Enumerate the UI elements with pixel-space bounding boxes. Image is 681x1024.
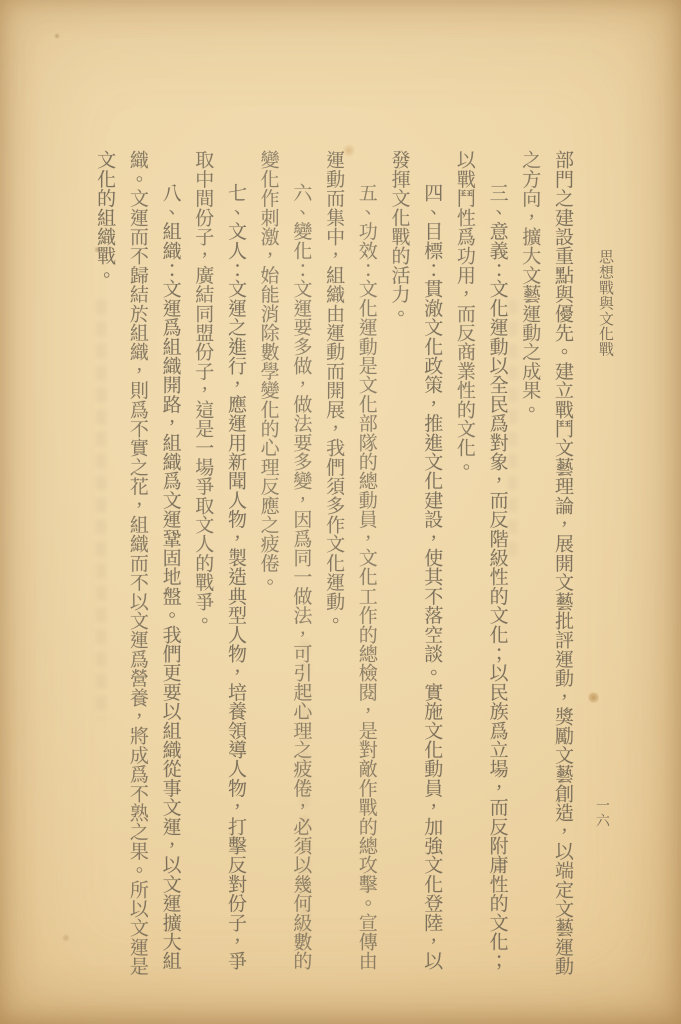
paper-stain (62, 934, 70, 942)
paper-stain (54, 33, 60, 39)
text-column-7: 五、功效：文化運動是文化部隊的總動員，文化工作的總檢閱，是對敵作戰的總攻擊。宣傳… (349, 150, 382, 1002)
text-column-6: 發揮文化戰的活力。 (382, 150, 415, 1002)
scanned-book-page: 思想戰與文化戰 一六 部門之建設重點與優先。建立戰鬥文藝理論，展開文藝批評運動，… (0, 0, 681, 1024)
text-column-9: 六、變化：文運要多做，做法要多變，因爲同一做法，可引起心理之疲倦，必須以幾何級數… (284, 150, 317, 1002)
text-column-15: 文化的組織戰。 (87, 150, 120, 1002)
page-number: 一六 (593, 798, 609, 828)
text-column-11: 七、文人：文運之進行，應運用新聞人物，製造典型人物，培養領導人物，打擊反對份子，… (218, 150, 251, 1002)
text-column-2: 之方向，擴大文藝運動之成果。 (513, 150, 546, 1002)
text-column-13: 八、組織：文運爲組織開路，組織爲文運鞏固地盤。我們更要以組織從事文運，以文運擴大… (153, 150, 186, 1002)
text-column-12: 取中間份子，廣結同盟份子，這是一場爭取文人的戰爭。 (186, 150, 219, 1002)
text-column-4: 以戰鬥性爲功用，而反商業性的文化。 (447, 150, 480, 1002)
text-column-8: 運動而集中，組織由運動而開展，我們須多作文化運動。 (316, 150, 349, 1002)
text-column-3: 三、意義：文化運動以全民爲對象，而反階級性的文化；以民族爲立場，而反附庸性的文化… (480, 150, 513, 1002)
running-head-title: 思想戰與文化戰 (596, 249, 614, 357)
text-column-10: 變化作刺激，始能消除數學變化的心理反應之疲倦。 (251, 150, 284, 1002)
text-column-5: 四、目標：貫澈文化政策，推進文化建設，使其不落空談。實施文化動員，加強文化登陸，… (414, 150, 447, 1002)
text-column-14: 織。文運而不歸結於組織，則爲不實之花，組織而不以文運爲營養，將成爲不熟之果。所以… (120, 150, 153, 1002)
text-column-1: 部門之建設重點與優先。建立戰鬥文藝理論，展開文藝批評運動，獎勵文藝創造，以端定文… (545, 150, 578, 1002)
body-text-block: 部門之建設重點與優先。建立戰鬥文藝理論，展開文藝批評運動，獎勵文藝創造，以端定文… (86, 150, 578, 1002)
paper-stain (588, 692, 599, 703)
